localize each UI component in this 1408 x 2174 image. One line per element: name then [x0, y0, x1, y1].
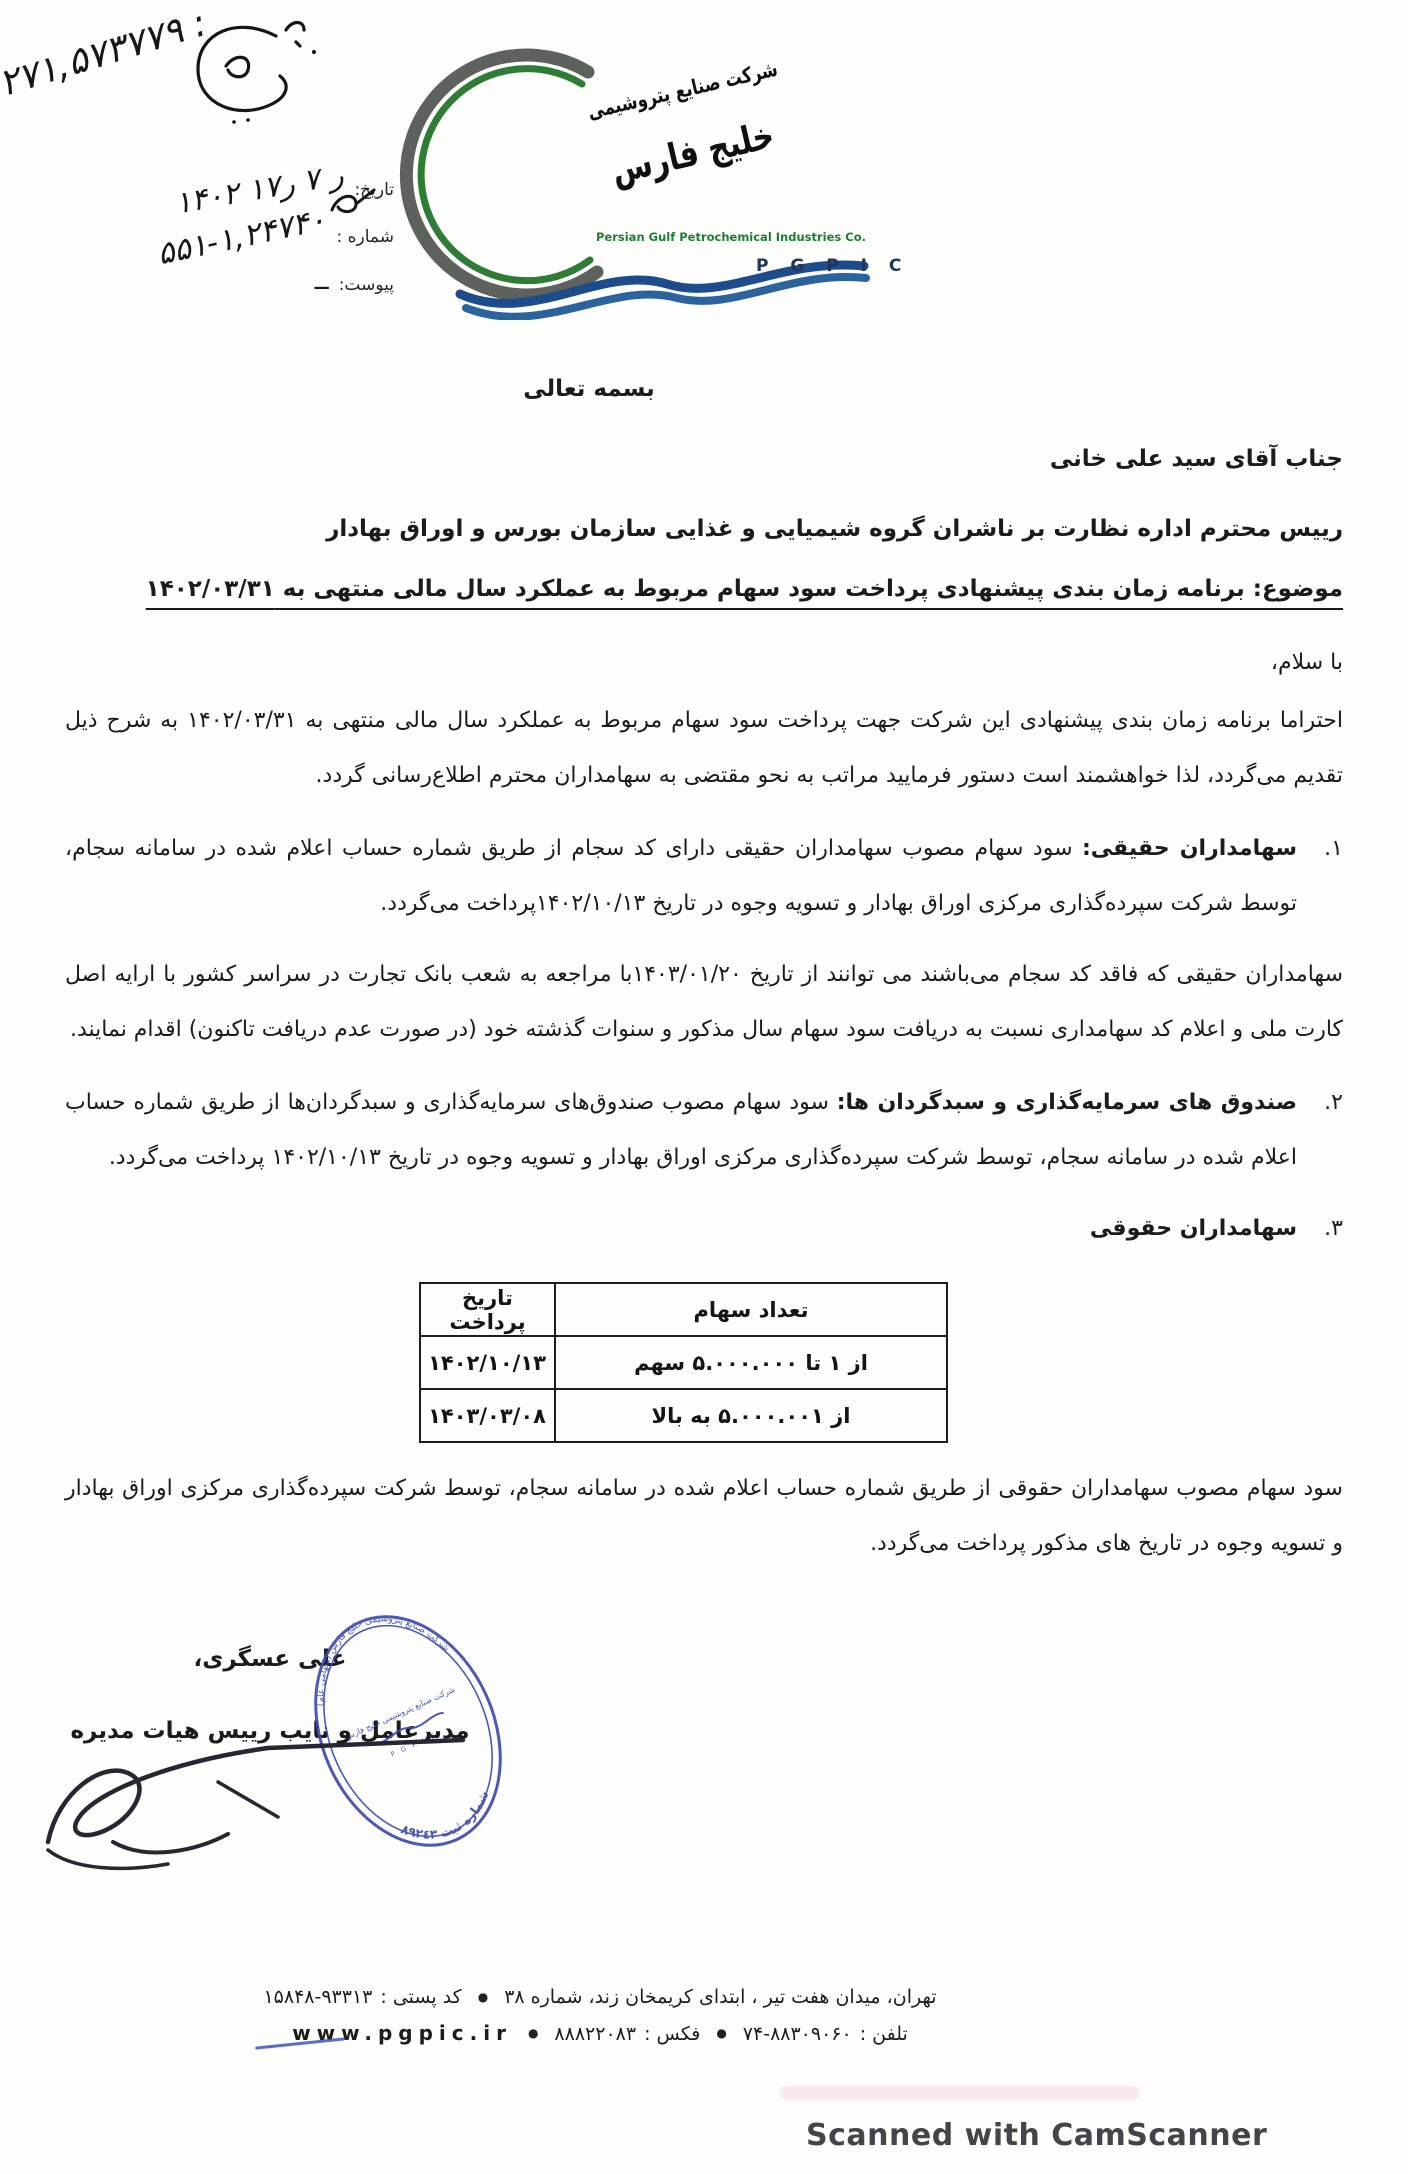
camscanner-watermark: Scanned with CamScanner	[806, 2118, 1267, 2153]
recipient-name: جناب آقای سید علی خانی	[65, 446, 1343, 472]
handwritten-scribble-icon	[168, 14, 328, 129]
list-item-text: سهامداران حقیقی: سود سهام مصوب سهامداران…	[65, 821, 1297, 931]
phone-segment: تلفن : ۷۴-۸۸۳۰۹۰۶۰	[743, 2023, 908, 2045]
handwritten-signature-icon	[18, 1722, 488, 1882]
col-header-share-count: تعداد سهام	[555, 1283, 947, 1336]
address: تهران، میدان هفت تیر ، ابتدای کریمخان زن…	[504, 1986, 936, 2008]
fax-segment: فکس : ۸۸۸۲۲۰۸۳	[554, 2023, 700, 2045]
handwritten-mark-icon	[326, 180, 376, 226]
recipient-title: رییس محترم اداره نظارت بر ناشران گروه شی…	[65, 516, 1343, 542]
no-sejam-paragraph: سهامداران حقیقی که فاقد کد سجام می‌باشند…	[65, 947, 1343, 1057]
logo-company-name-en: Persian Gulf Petrochemical Industries Co…	[596, 230, 864, 244]
attachment-label: پیوست:	[339, 267, 394, 295]
list-marker: ۳.	[1309, 1201, 1343, 1256]
salutation: با سلام،	[65, 650, 1343, 675]
bullet-separator-icon: ●	[478, 1990, 488, 2004]
bullet-separator-icon: ●	[716, 2026, 726, 2040]
list-item-2: ۲. صندوق های سرمایه‌گذاری و سبدگردان ها:…	[65, 1075, 1343, 1185]
attachment-handwritten-value: ــ	[315, 267, 329, 295]
closing-paragraph: سود سهام مصوب سهامداران حقوقی از طریق شم…	[65, 1461, 1343, 1571]
fax-value: ۸۸۸۲۲۰۸۳	[554, 2023, 636, 2045]
cell-share-range: از ۱ تا ۵.۰۰۰.۰۰۰ سهم	[555, 1336, 947, 1389]
postal-code-segment: کد پستی : ۱۵۸۴۸-۹۳۳۱۳	[263, 1986, 461, 2008]
pgpic-logo-wave-icon	[452, 242, 872, 320]
besmellah: بسمه تعالی	[65, 376, 1113, 402]
list-item-text: سهامداران حقوقی	[65, 1201, 1297, 1256]
list-item-text: صندوق های سرمایه‌گذاری و سبدگردان ها: سو…	[65, 1075, 1297, 1185]
table-row: از ۵.۰۰۰.۰۰۱ به بالا ۱۴۰۳/۰۳/۰۸	[420, 1389, 947, 1442]
attachment-field: پیوست: ــ	[38, 267, 394, 295]
scanned-letter-page: ۲۷۱,۵۷۳۷۷۹ : تاریخ: ۱۴۰۲ ر ۷ ر۱۷ شماره :…	[0, 0, 1408, 2174]
col-header-payment-date: تاریخ پرداخت	[420, 1283, 555, 1336]
phone-label: تلفن :	[860, 2023, 908, 2045]
cell-payment-date: ۱۴۰۳/۰۳/۰۸	[420, 1389, 555, 1442]
list-marker: ۱.	[1309, 821, 1343, 931]
list-item-lead: سهامداران حقیقی:	[1082, 836, 1297, 861]
phone-value: ۷۴-۸۸۳۰۹۰۶۰	[743, 2023, 852, 2045]
stamp-ring-text: شرکت صنایع پتروشیمی خلیج فارس (سهامی عام…	[296, 1596, 452, 1710]
footer-contact-line: تلفن : ۷۴-۸۸۳۰۹۰۶۰ ● فکس : ۸۸۸۲۲۰۸۳ ● ww…	[150, 2021, 1050, 2045]
list-item-lead: صندوق های سرمایه‌گذاری و سبدگردان ها:	[837, 1090, 1297, 1115]
letterhead-footer: تهران، میدان هفت تیر ، ابتدای کریمخان زن…	[150, 1986, 1050, 2045]
logo-abbreviation: P G P I C	[756, 256, 909, 276]
table-row: از ۱ تا ۵.۰۰۰.۰۰۰ سهم ۱۴۰۲/۱۰/۱۳	[420, 1336, 947, 1389]
subject-line: موضوع: برنامه زمان بندی پیشنهادی پرداخت …	[65, 576, 1343, 602]
payment-schedule-table: تعداد سهام تاریخ پرداخت از ۱ تا ۵.۰۰۰.۰۰…	[419, 1282, 948, 1443]
cell-payment-date: ۱۴۰۲/۱۰/۱۳	[420, 1336, 555, 1389]
footer-address-line: تهران، میدان هفت تیر ، ابتدای کریمخان زن…	[150, 1986, 1050, 2008]
bullet-separator-icon: ●	[528, 2026, 538, 2040]
postal-code-value: ۱۵۸۴۸-۹۳۳۱۳	[263, 1986, 372, 2008]
table-header-row: تعداد سهام تاریخ پرداخت	[420, 1283, 947, 1336]
list-item-3: ۳. سهامداران حقوقی	[65, 1201, 1343, 1256]
postal-code-label: کد پستی :	[380, 1986, 461, 2008]
list-item-1: ۱. سهامداران حقیقی: سود سهام مصوب سهامدا…	[65, 821, 1343, 931]
cell-share-range: از ۵.۰۰۰.۰۰۱ به بالا	[555, 1389, 947, 1442]
intro-paragraph: احتراما برنامه زمان بندی پیشنهادی این شر…	[65, 693, 1343, 803]
svg-text:شرکت صنایع پتروشیمی خلیج فارس: شرکت صنایع پتروشیمی خلیج فارس (سهامی عام…	[296, 1596, 452, 1710]
list-marker: ۲.	[1309, 1075, 1343, 1185]
fax-label: فکس :	[644, 2023, 700, 2045]
list-item-lead: سهامداران حقوقی	[1090, 1216, 1297, 1241]
scan-artifact-smear	[780, 2086, 1140, 2100]
letter-body: بسمه تعالی جناب آقای سید علی خانی رییس م…	[65, 376, 1343, 1589]
